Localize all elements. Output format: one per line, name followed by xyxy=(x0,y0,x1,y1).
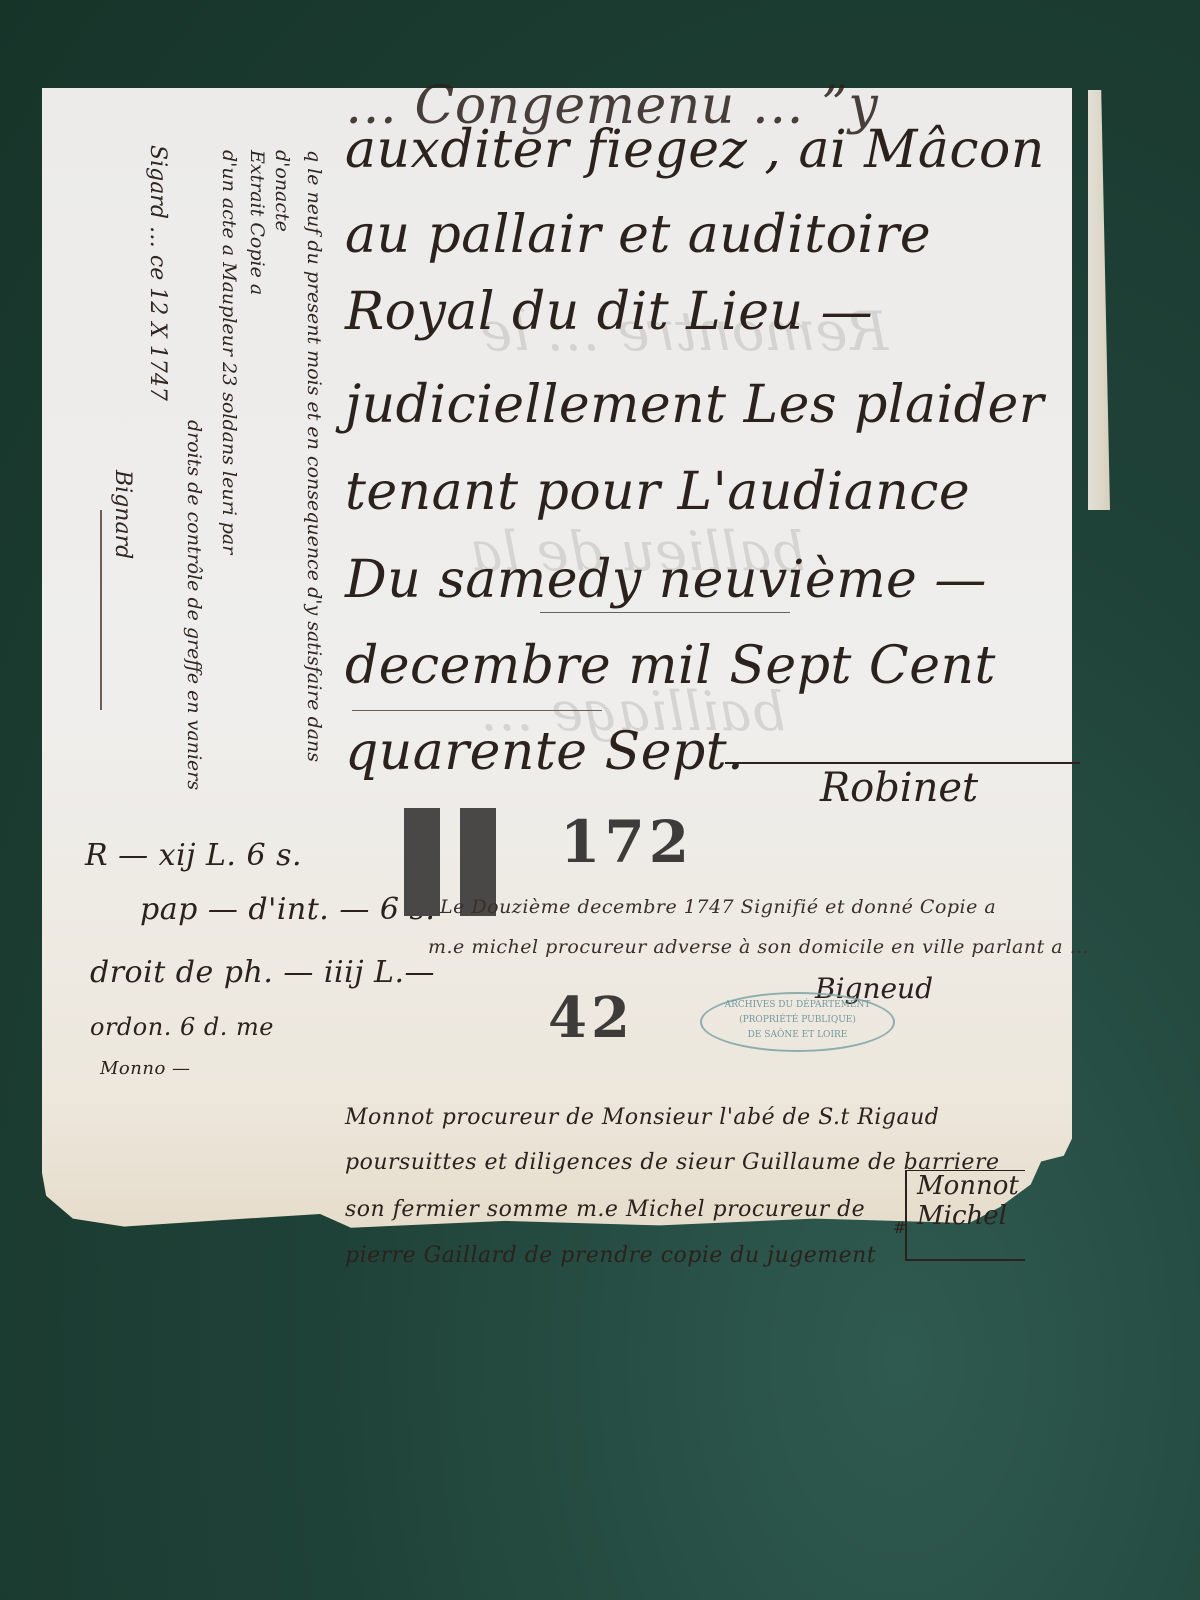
main-text-line: quarente Sept. xyxy=(345,722,744,782)
signature-robinet: Robinet xyxy=(820,765,978,811)
margin-vertical-text: droits de contrôle de greffe en vaniers xyxy=(183,420,205,790)
endorsement-line: m.e michel procureur adverse à son domic… xyxy=(428,936,1089,958)
main-text-line: decembre mil Sept Cent xyxy=(345,636,996,696)
fee-note: ordon. 6 d. me xyxy=(90,1013,274,1041)
margin-vertical-text: q le neuf du present mois et en conseque… xyxy=(303,150,325,762)
endorsement-line: Le Douzième decembre 1747 Signifié et do… xyxy=(440,896,996,918)
underline xyxy=(540,612,790,613)
underline xyxy=(352,710,602,711)
main-text-line: judiciellement Les plaider xyxy=(345,375,1044,435)
stamp-line: DE SAÔNE ET LOIRE xyxy=(748,1030,848,1040)
fee-note: droit de ph. — iiij L.— xyxy=(90,955,435,990)
margin-vertical-text: d'un acte a Maupleur 23 soldans leuri pa… xyxy=(218,150,240,554)
boxed-name: Monnot xyxy=(907,1171,1025,1201)
margin-vertical-text: Extrait Copie a xyxy=(246,150,268,295)
fee-note: pap — d'int. — 6 s. xyxy=(140,892,435,927)
closing-rule xyxy=(725,762,1080,764)
boxed-names: Monnot Michel xyxy=(905,1170,1025,1261)
stamp-line: ARCHIVES DU DÉPARTEMENT xyxy=(725,1000,871,1010)
fee-note: R — xij L. 6 s. xyxy=(85,838,302,873)
liasse-number-stamp: 42 xyxy=(548,985,634,1051)
margin-flourish xyxy=(100,510,102,710)
bottom-text-line: Monnot procureur de Monsieur l'abé de S.… xyxy=(345,1105,939,1130)
archives-departement-stamp: ARCHIVES DU DÉPARTEMENT (PROPRIÉTÉ PUBLI… xyxy=(700,992,895,1052)
fee-note: Monno — xyxy=(100,1058,191,1079)
bottom-text-line: poursuittes et diligences de sieur Guill… xyxy=(345,1150,999,1175)
main-text-line: Du samedy neuvième — xyxy=(345,550,987,610)
folded-page-edge xyxy=(1088,90,1110,510)
margin-vertical-text: d'onacte xyxy=(271,150,293,232)
stamp-line: (PROPRIÉTÉ PUBLIQUE) xyxy=(739,1015,856,1025)
cote-number-stamp: 172 xyxy=(560,808,693,876)
main-text-line: au pallair et auditoire xyxy=(345,205,931,265)
bottom-text-line: son fermier somme m.e Michel procureur d… xyxy=(345,1197,865,1222)
main-text-line: tenant pour L'audiance xyxy=(345,462,970,522)
boxed-name: Michel xyxy=(907,1201,1025,1231)
bottom-text-line: pierre Gaillard de prendre copie du juge… xyxy=(345,1243,876,1268)
margin-vertical-text: Sigard … ce 12 X 1747 xyxy=(145,145,170,401)
main-text-line: Royal du dit Lieu — xyxy=(345,282,873,342)
main-text-line: auxditer fiegez , ai Mâcon xyxy=(345,120,1045,180)
margin-vertical-signature: Bignard xyxy=(110,470,135,559)
